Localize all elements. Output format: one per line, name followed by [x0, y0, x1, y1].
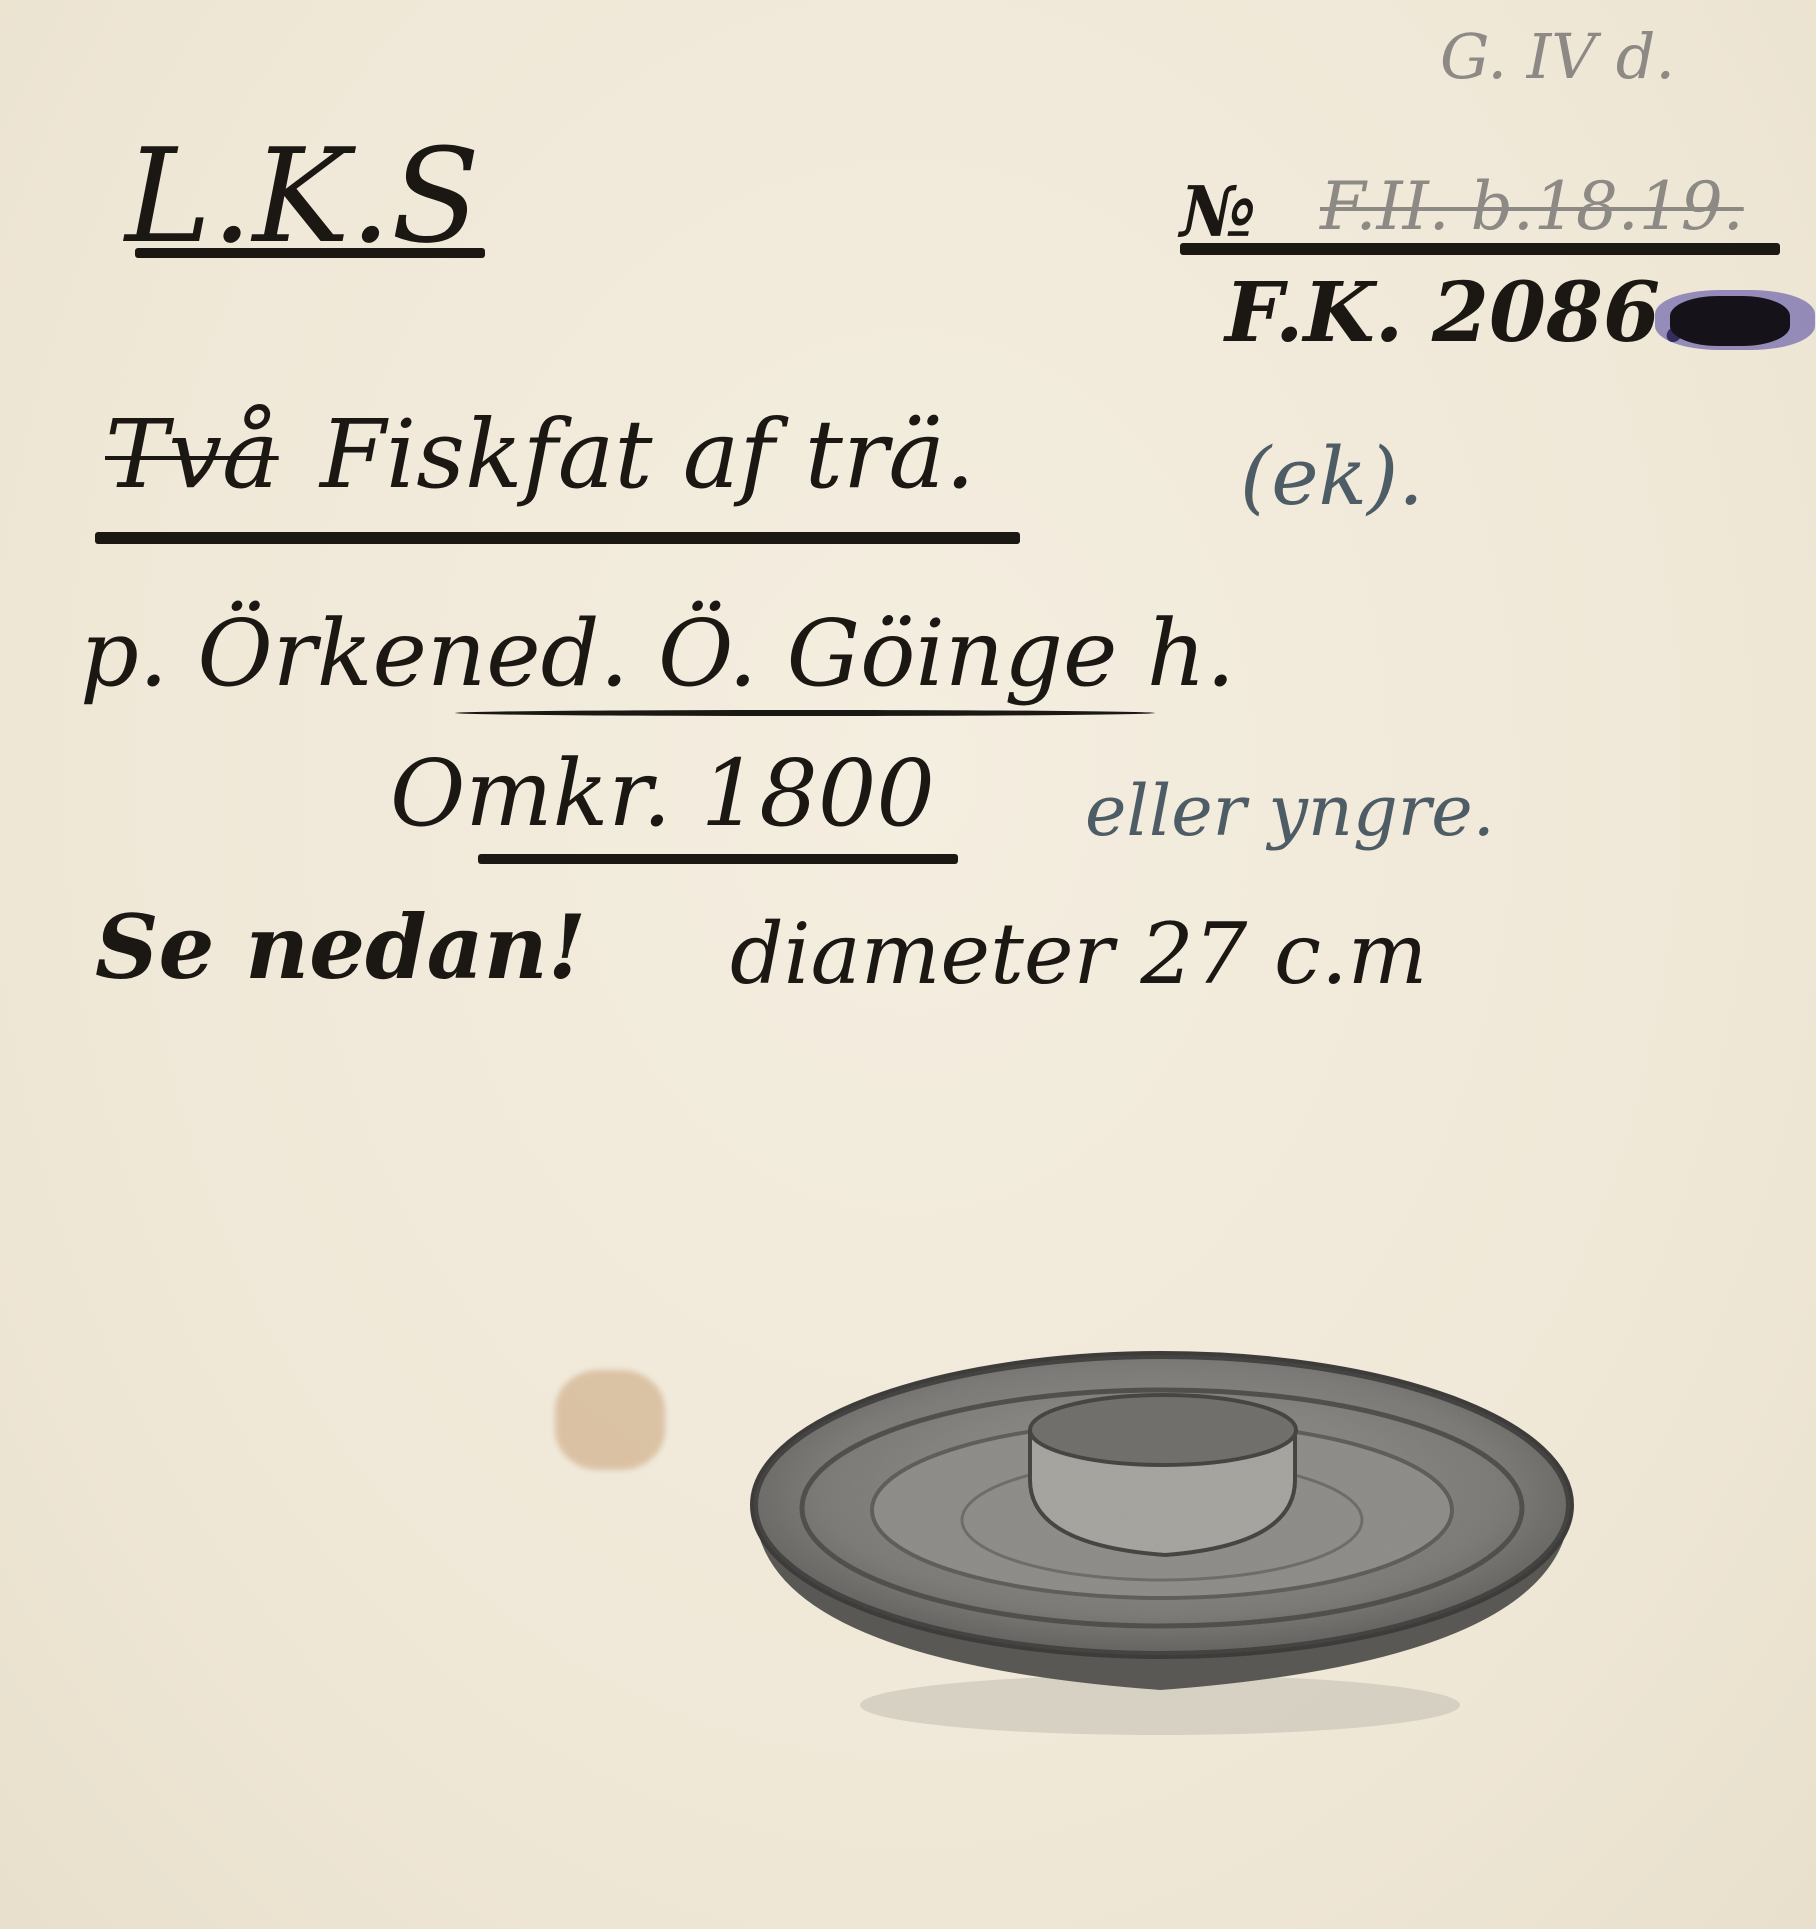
pencil-shelfmark: G. IV d. — [1440, 20, 1675, 93]
number-label: № — [1180, 170, 1256, 253]
material-addition: (ek). — [1240, 430, 1424, 523]
ink-obliteration-core — [1670, 296, 1790, 346]
catalogue-number: F.K. 2086. — [1225, 265, 1689, 361]
dating: Omkr. 1800 — [390, 740, 935, 847]
provenance-underline — [455, 710, 1155, 716]
object-title: Fiskfat af trä. — [320, 400, 975, 510]
provenance-line: p. Örkened. Ö. Göinge h. — [80, 600, 1235, 707]
dating-addition: eller yngre. — [1085, 770, 1495, 852]
struck-word: Två — [105, 400, 279, 510]
old-catalogue-number: F.II. b.18.19. — [1320, 168, 1744, 245]
dating-underline — [478, 854, 958, 864]
number-underline — [1180, 243, 1780, 255]
see-below-note: Se nedan! — [95, 895, 586, 999]
fish-dish-drawing — [740, 1330, 1590, 1750]
diameter-measurement: diameter 27 c.m — [730, 905, 1427, 1003]
foxing-stain — [555, 1370, 665, 1470]
title-underline — [95, 532, 1020, 544]
initials-underline — [135, 248, 485, 258]
